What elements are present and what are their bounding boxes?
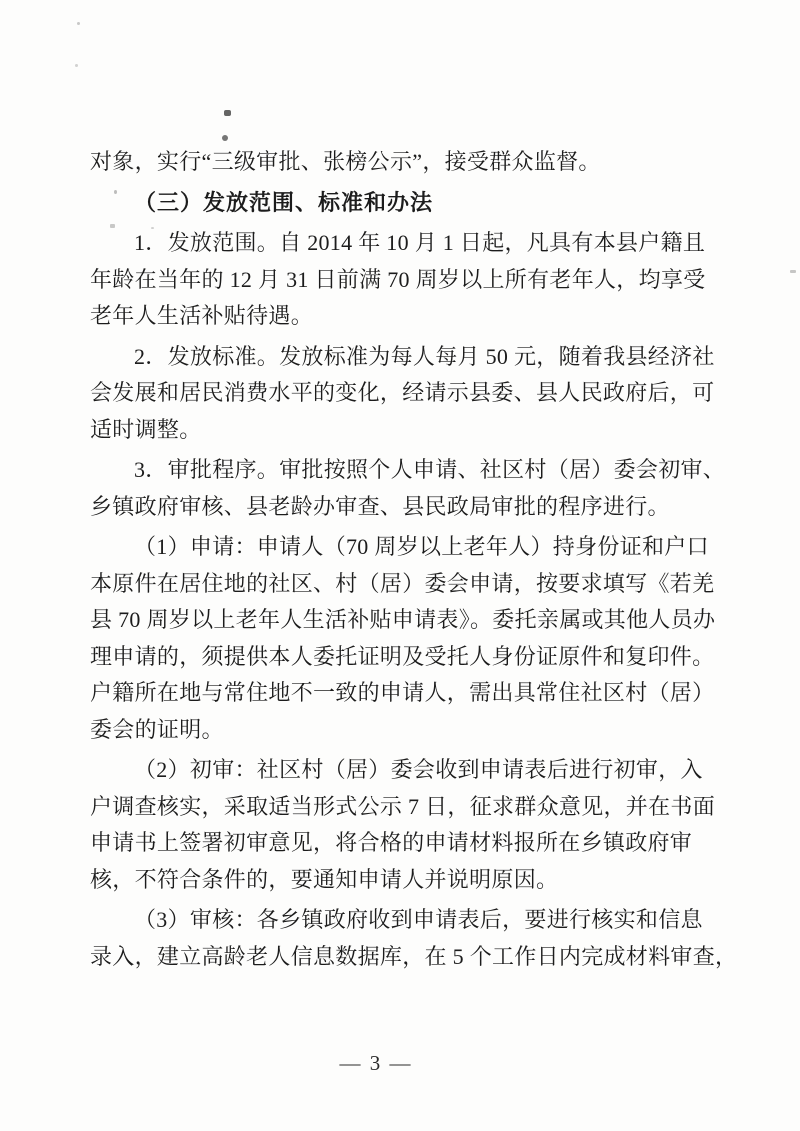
scan-speck xyxy=(582,243,586,246)
body-line: 2．发放标准。发放标准为每人每月 50 元，随着我县经济社 xyxy=(90,339,716,376)
body-line: （3）审核：各乡镇政府收到申请表后，要进行核实和信息 xyxy=(90,902,716,939)
scan-speck xyxy=(75,64,78,67)
body-line: 老年人生活补贴待遇。 xyxy=(90,298,716,335)
document-body: 对象，实行“三级审批、张榜公示”，接受群众监督。 （三）发放范围、标准和办法 1… xyxy=(90,144,716,975)
body-line: 乡镇政府审核、县老龄办审查、县民政局审批的程序进行。 xyxy=(90,489,716,526)
body-line: 县 70 周岁以上老年人生活补贴申请表》。委托亲属或其他人员办 xyxy=(90,602,716,639)
body-line: 录入，建立高龄老人信息数据库，在 5 个工作日内完成材料审查， xyxy=(90,939,716,976)
scan-speck xyxy=(77,22,80,25)
body-line: 委会的证明。 xyxy=(90,712,716,749)
body-line: 对象，实行“三级审批、张榜公示”，接受群众监督。 xyxy=(90,144,716,181)
scan-speck xyxy=(114,190,117,194)
page-number: — 3 — xyxy=(0,1051,752,1076)
body-line: （2）初审：社区村（居）委会收到申请表后进行初审，入 xyxy=(90,752,716,789)
body-line: 适时调整。 xyxy=(90,412,716,449)
section-heading: （三）发放范围、标准和办法 xyxy=(90,185,716,222)
body-line: 核，不符合条件的，要通知申请人并说明原因。 xyxy=(90,862,716,899)
body-line: 会发展和居民消费水平的变化，经请示县委、县人民政府后，可 xyxy=(90,375,716,412)
body-line: 本原件在居住地的社区、村（居）委会申请，按要求填写《若羌 xyxy=(90,566,716,603)
document-page: 对象，实行“三级审批、张榜公示”，接受群众监督。 （三）发放范围、标准和办法 1… xyxy=(0,0,800,1131)
scan-speck xyxy=(790,270,796,273)
scan-speck xyxy=(151,227,154,229)
body-line: 3．审批程序。审批按照个人申请、社区村（居）委会初审、 xyxy=(90,452,716,489)
scan-speck xyxy=(222,135,228,141)
scan-speck xyxy=(224,110,231,116)
body-line: 户调查核实，采取适当形式公示 7 日，征求群众意见，并在书面 xyxy=(90,789,716,826)
body-line: 年龄在当年的 12 月 31 日前满 70 周岁以上所有老年人，均享受 xyxy=(90,262,716,299)
body-line: 1．发放范围。自 2014 年 10 月 1 日起，凡具有本县户籍且 xyxy=(90,225,716,262)
body-line: （1）申请：申请人（70 周岁以上老年人）持身份证和户口 xyxy=(90,529,716,566)
scan-speck xyxy=(110,224,115,228)
body-line: 理申请的，须提供本人委托证明及受托人身份证原件和复印件。 xyxy=(90,639,716,676)
body-line: 申请书上签署初审意见，将合格的申请材料报所在乡镇政府审 xyxy=(90,825,716,862)
body-line: 户籍所在地与常住地不一致的申请人，需出具常住社区村（居） xyxy=(90,675,716,712)
